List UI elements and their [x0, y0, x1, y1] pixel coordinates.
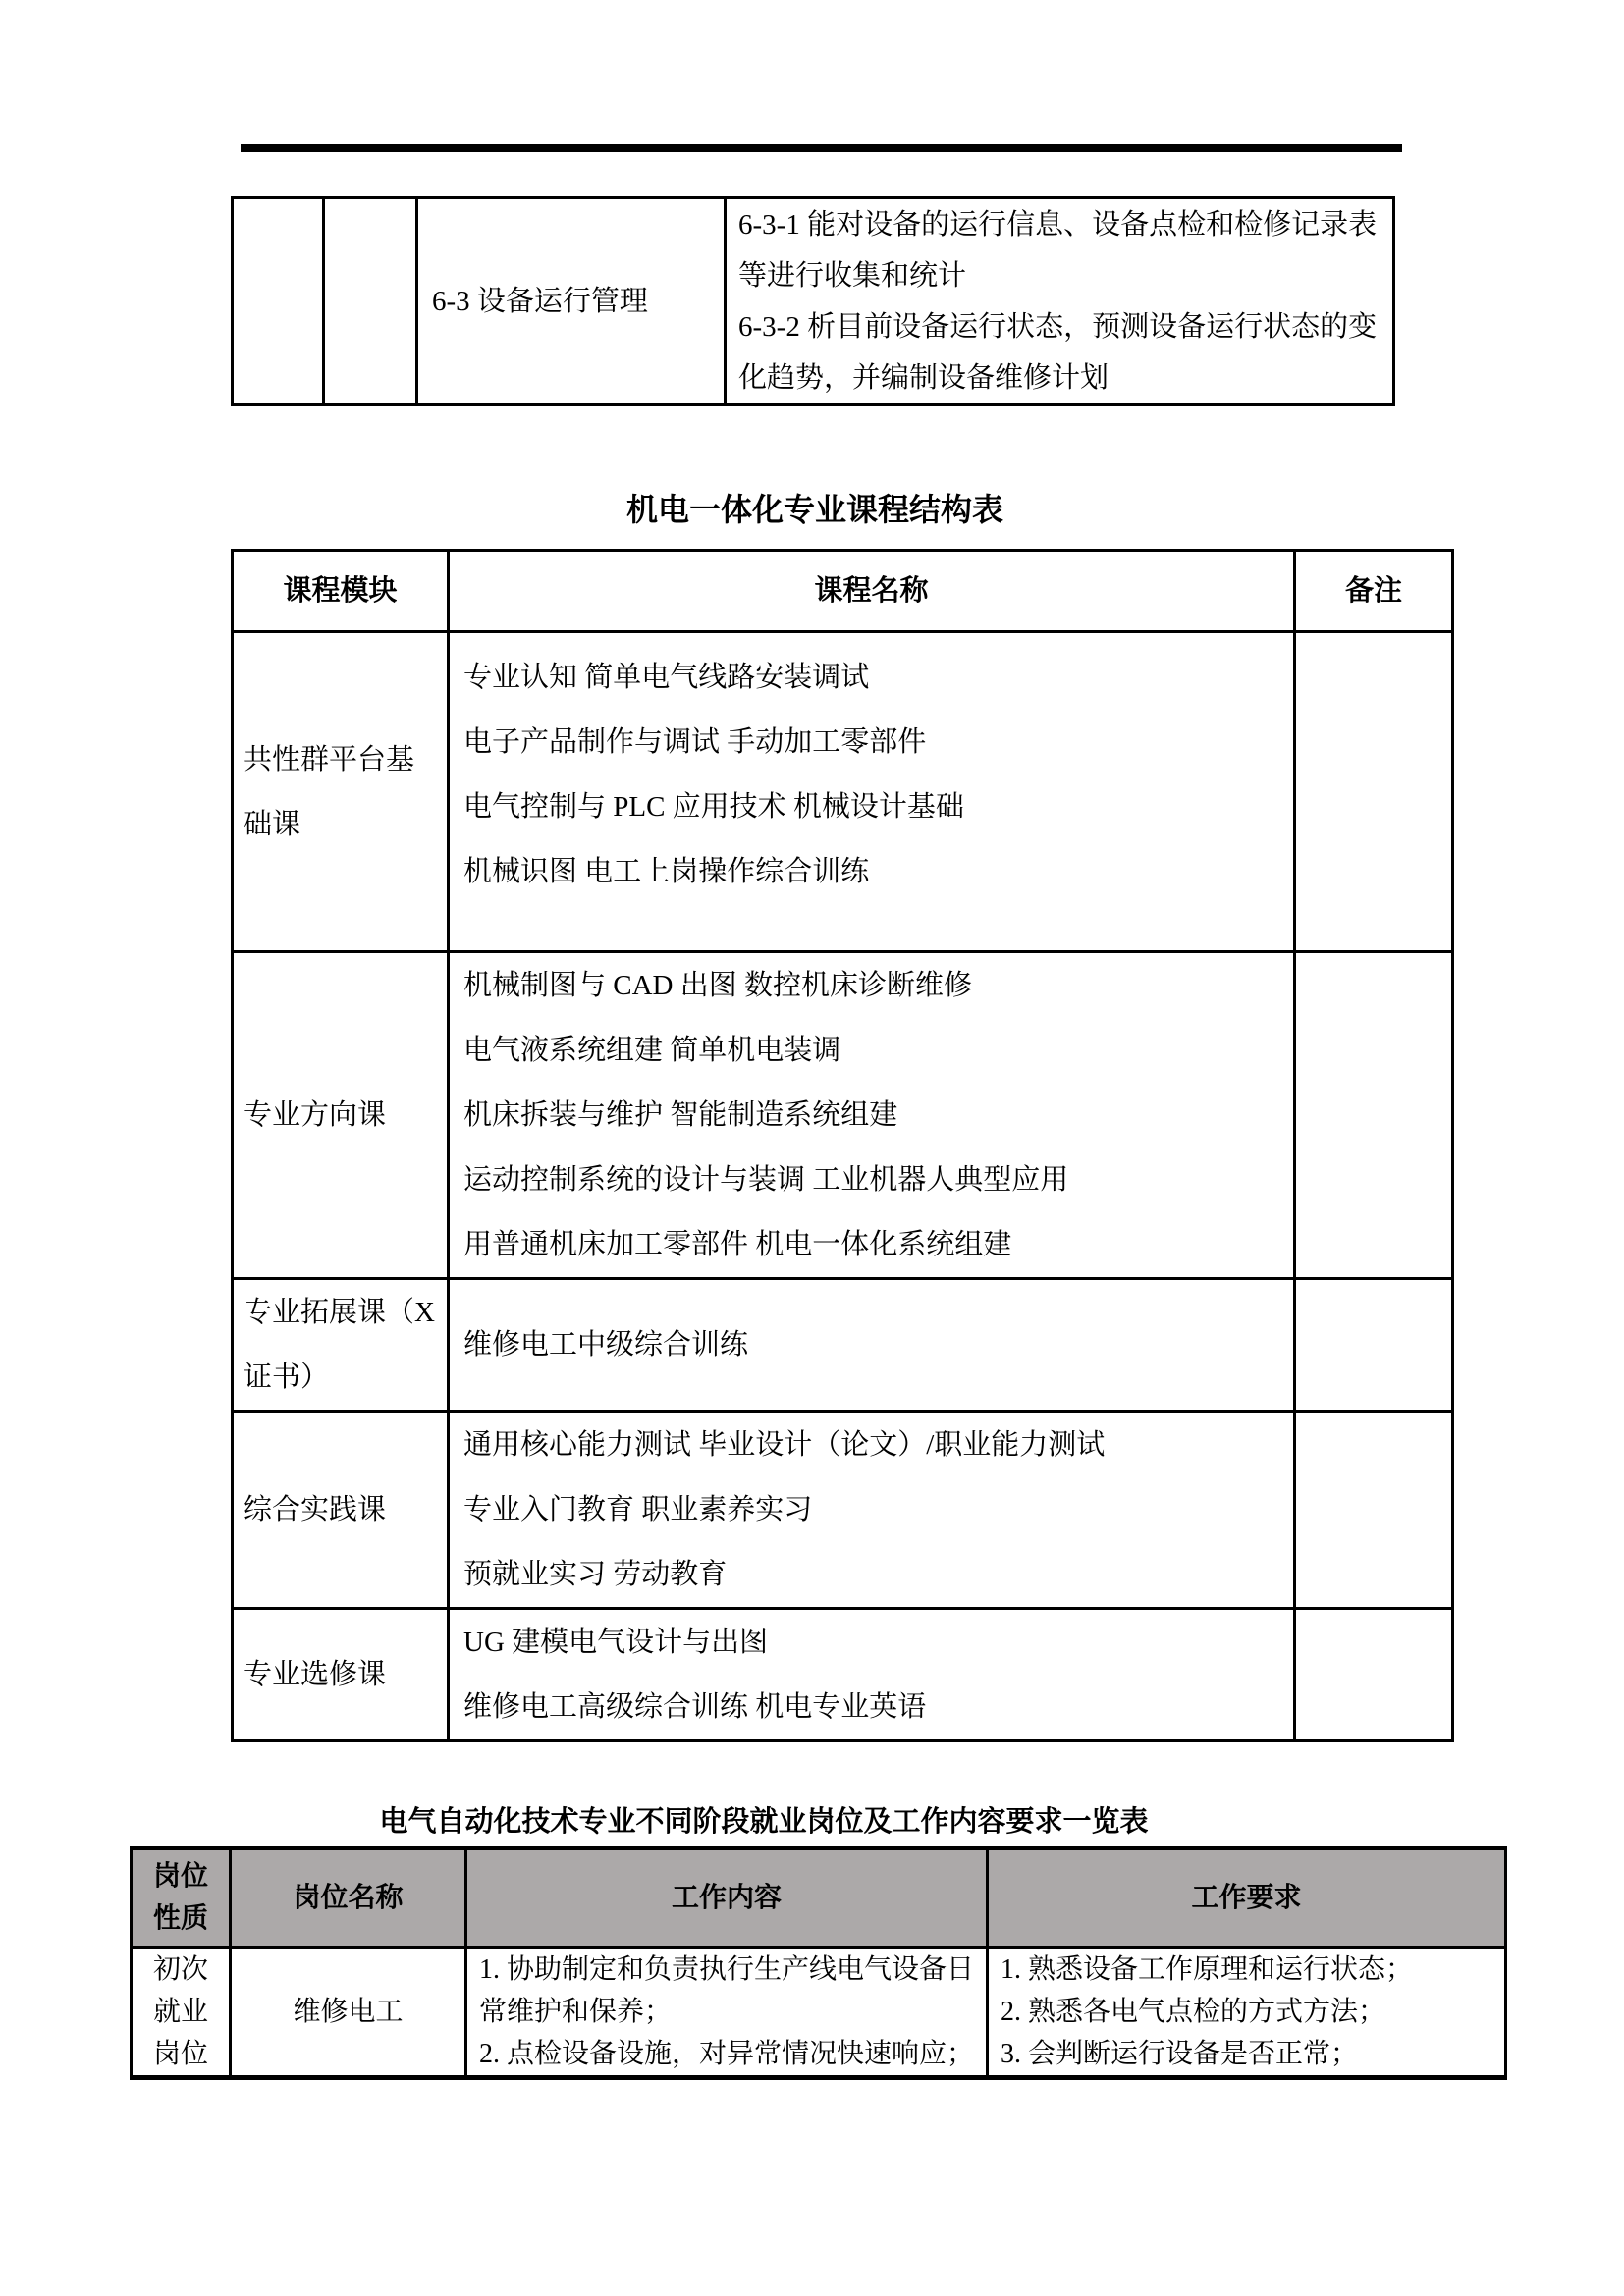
- post-nature-cell: 初次就业岗位: [132, 1947, 231, 2077]
- work-requirement-cell: 1. 熟悉设备工作原理和运行状态； 2. 熟悉各电气点检的方式方法； 3. 会判…: [988, 1947, 1506, 2077]
- document-page: 6-3 设备运行管理 6-3-1 能对设备的运行信息、设备点检和检修记录表等进行…: [0, 0, 1624, 2296]
- table-row: 专业拓展课（X 证书） 维修电工中级综合训练: [233, 1279, 1453, 1412]
- table-header-row: 岗位性质 岗位名称 工作内容 工作要求: [132, 1848, 1506, 1947]
- competency-detail-cell: 6-3-1 能对设备的运行信息、设备点检和检修记录表等进行收集和统计 6-3-2…: [726, 198, 1394, 405]
- module-cell: 专业拓展课（X 证书）: [233, 1279, 449, 1412]
- header-course-module: 课程模块: [233, 551, 449, 632]
- module-cell: 共性群平台基础课: [233, 632, 449, 952]
- employment-posts-table: 岗位性质 岗位名称 工作内容 工作要求 初次就业岗位 维修电工 1. 协助制定和…: [130, 1846, 1507, 2080]
- competency-table-fragment: 6-3 设备运行管理 6-3-1 能对设备的运行信息、设备点检和检修记录表等进行…: [231, 196, 1395, 406]
- remark-cell: [1295, 1412, 1453, 1609]
- table-header-row: 课程模块 课程名称 备注: [233, 551, 1453, 632]
- header-course-name: 课程名称: [449, 551, 1295, 632]
- table-row: 综合实践课 通用核心能力测试 毕业设计（论文）/职业能力测试 专业入门教育 职业…: [233, 1412, 1453, 1609]
- table-row: 专业方向课 机械制图与 CAD 出图 数控机床诊断维修 电气液系统组建 简单机电…: [233, 952, 1453, 1279]
- courses-cell: 机械制图与 CAD 出图 数控机床诊断维修 电气液系统组建 简单机电装调 机床拆…: [449, 952, 1295, 1279]
- employment-posts-table-title: 电气自动化技术专业不同阶段就业岗位及工作内容要求一览表: [0, 1802, 1528, 1842]
- competency-module-cell: 6-3 设备运行管理: [417, 198, 726, 405]
- remark-cell: [1295, 1609, 1453, 1741]
- table-row: 初次就业岗位 维修电工 1. 协助制定和负责执行生产线电气设备日常维护和保养； …: [132, 1947, 1506, 2077]
- header-post-name: 岗位名称: [231, 1848, 466, 1947]
- table-row: 共性群平台基础课 专业认知 简单电气线路安装调试 电子产品制作与调试 手动加工零…: [233, 632, 1453, 952]
- post-name-cell: 维修电工: [231, 1947, 466, 2077]
- header-work-content: 工作内容: [466, 1848, 988, 1947]
- table-row: 专业选修课 UG 建模电气设计与出图 维修电工高级综合训练 机电专业英语: [233, 1609, 1453, 1741]
- module-cell: 专业方向课: [233, 952, 449, 1279]
- work-content-cell: 1. 协助制定和负责执行生产线电气设备日常维护和保养； 2. 点检设备设施，对异…: [466, 1947, 988, 2077]
- table-row: 6-3 设备运行管理 6-3-1 能对设备的运行信息、设备点检和检修记录表等进行…: [233, 198, 1394, 405]
- courses-cell: UG 建模电气设计与出图 维修电工高级综合训练 机电专业英语: [449, 1609, 1295, 1741]
- empty-cell: [233, 198, 324, 405]
- page-header-rule: [241, 144, 1402, 152]
- empty-cell: [324, 198, 417, 405]
- header-work-requirement: 工作要求: [988, 1848, 1506, 1947]
- module-cell: 专业选修课: [233, 1609, 449, 1741]
- header-remark: 备注: [1295, 551, 1453, 632]
- remark-cell: [1295, 1279, 1453, 1412]
- course-structure-table-title: 机电一体化专业课程结构表: [0, 488, 1624, 531]
- header-post-nature: 岗位性质: [132, 1848, 231, 1947]
- courses-cell: 专业认知 简单电气线路安装调试 电子产品制作与调试 手动加工零部件 电气控制与 …: [449, 632, 1295, 952]
- module-cell: 综合实践课: [233, 1412, 449, 1609]
- remark-cell: [1295, 632, 1453, 952]
- course-structure-table: 课程模块 课程名称 备注 共性群平台基础课 专业认知 简单电气线路安装调试 电子…: [231, 549, 1454, 1742]
- courses-cell: 维修电工中级综合训练: [449, 1279, 1295, 1412]
- courses-cell: 通用核心能力测试 毕业设计（论文）/职业能力测试 专业入门教育 职业素养实习 预…: [449, 1412, 1295, 1609]
- remark-cell: [1295, 952, 1453, 1279]
